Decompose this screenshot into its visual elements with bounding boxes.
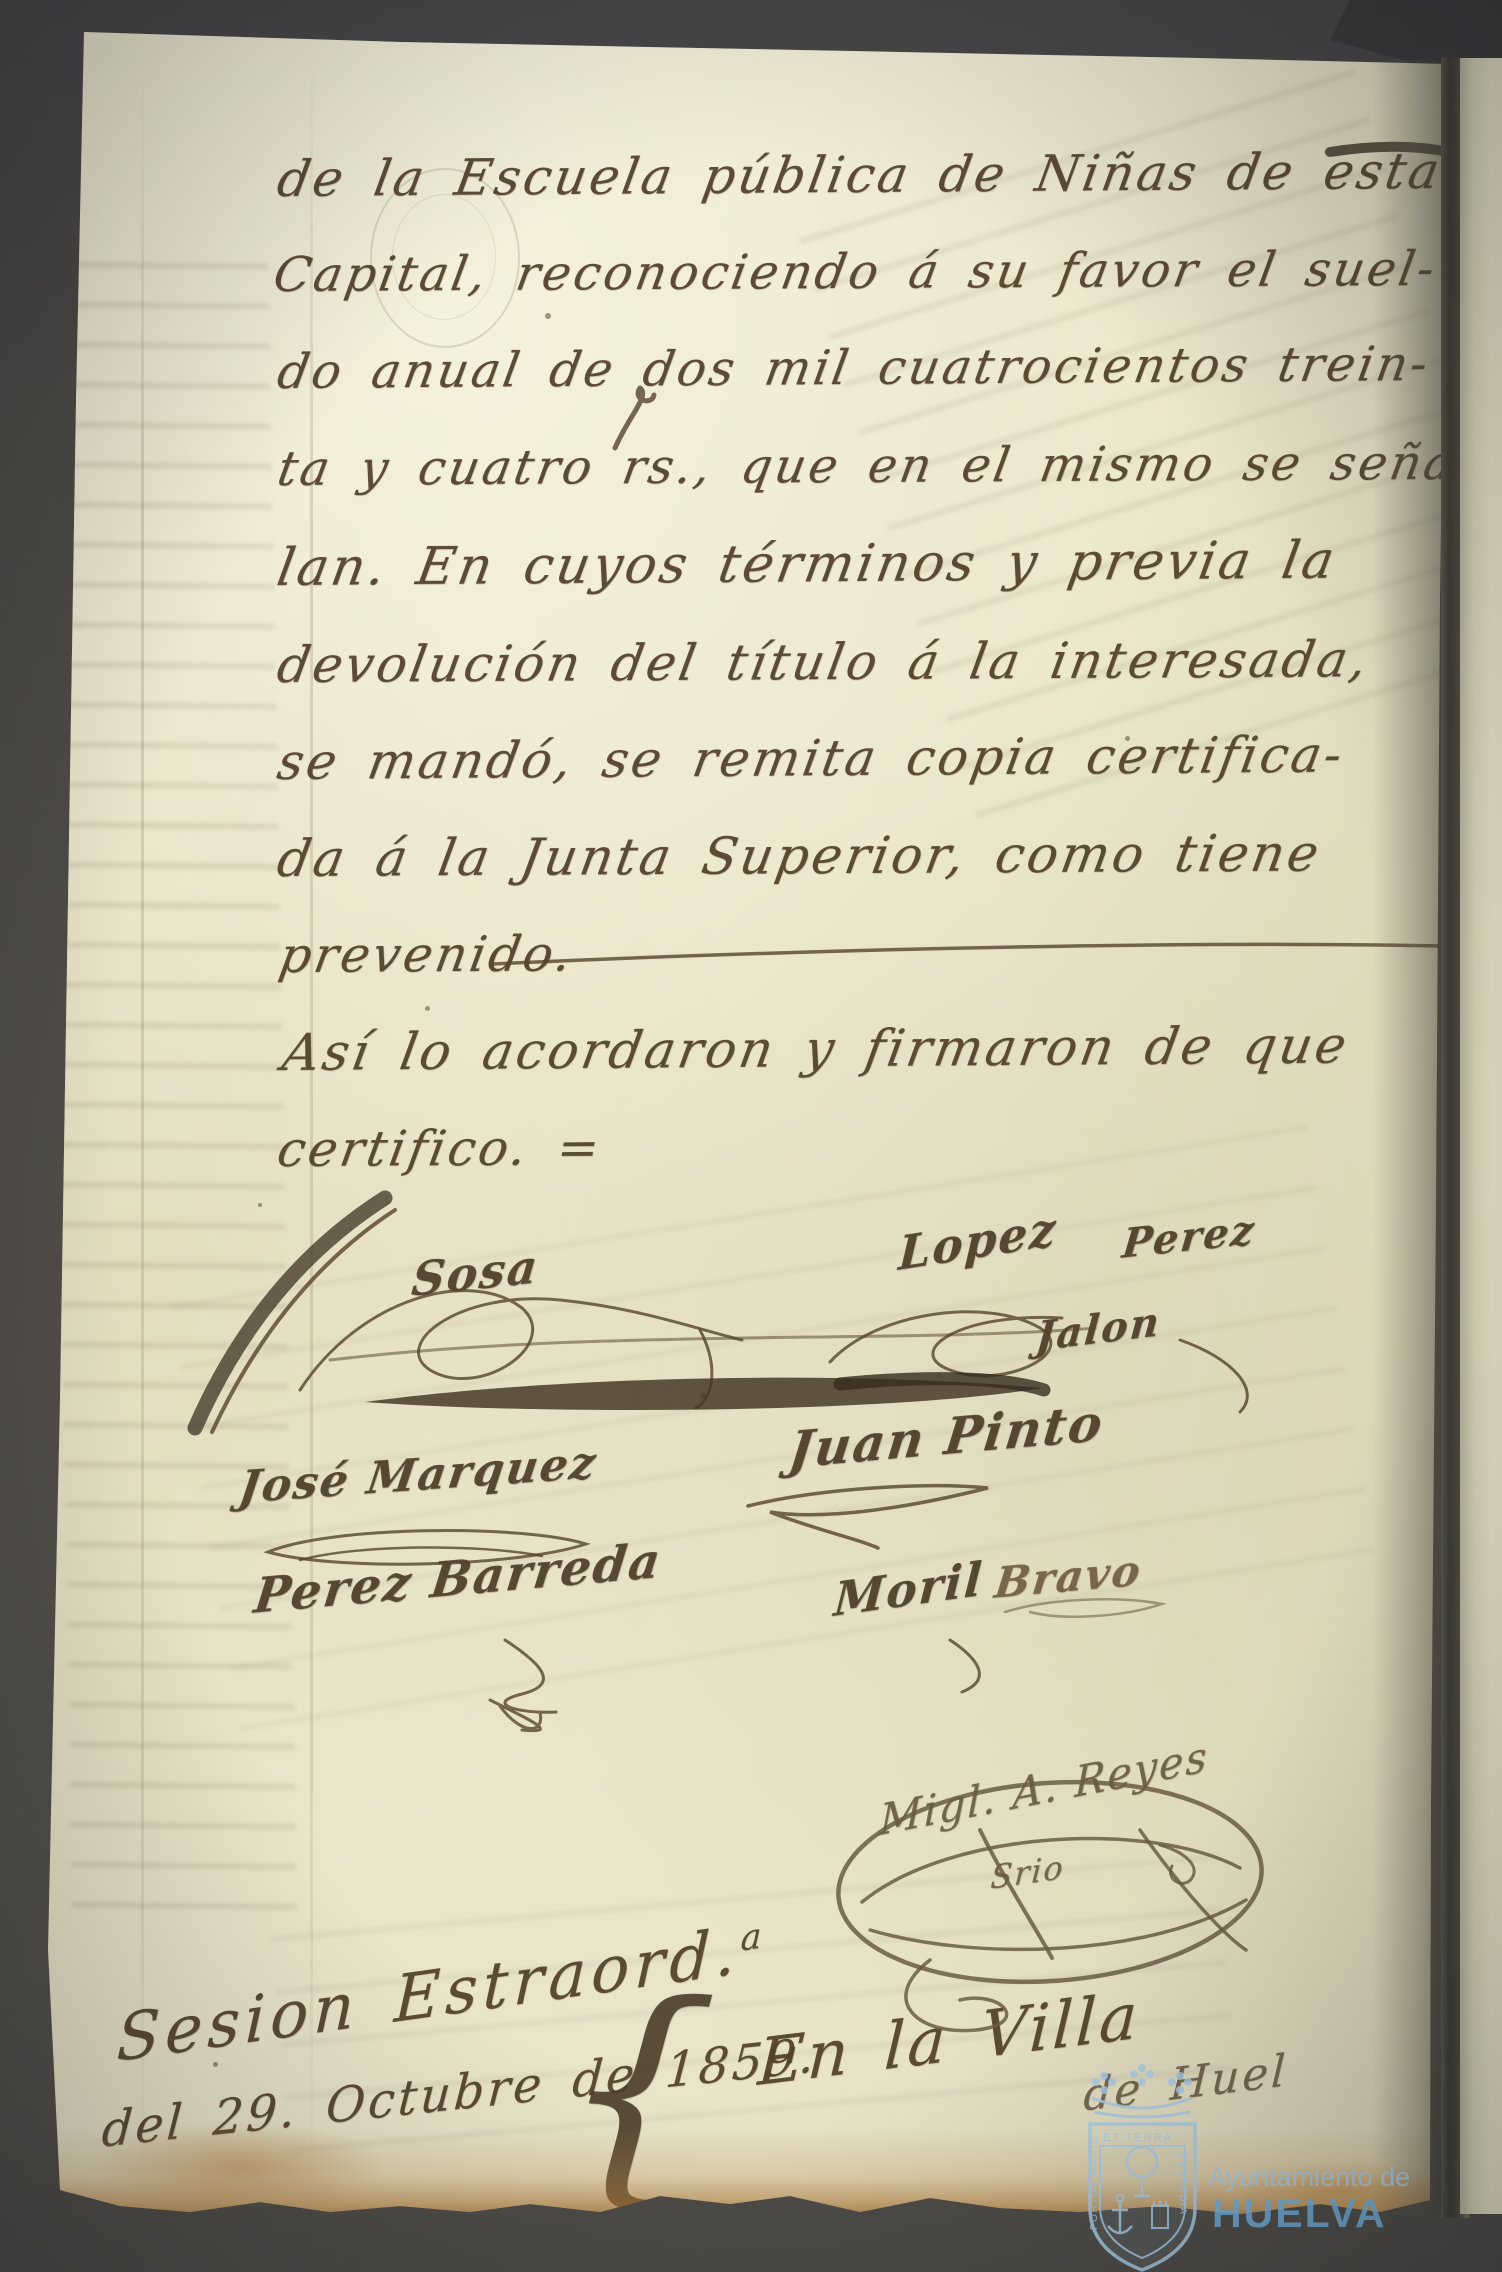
bleed-through-text (43, 258, 297, 1942)
watermark-city-name: HUELVA (1212, 2190, 1386, 2237)
signature-bravo: Bravo (992, 1545, 1145, 1608)
signature-jose-marquez: José Marquez (236, 1437, 601, 1514)
manuscript-page: de la Escuela pública de Niñas de esta C… (0, 0, 1502, 2272)
handwritten-line: Capital, reconociendo á su favor el suel… (269, 241, 1441, 303)
signature-juan-pinto: Juan Pinto (786, 1392, 1108, 1479)
secretary-title: Srio (989, 1848, 1066, 1897)
signature-sosa: Sosa (409, 1239, 542, 1307)
handwritten-line: lan. En cuyos términos y previa la (273, 531, 1342, 598)
watermark-org-name: Ayuntamiento de (1208, 2162, 1410, 2193)
signature-jalon: Jalon (1034, 1298, 1163, 1361)
foxing-speck (425, 1006, 430, 1011)
handwritten-line: do anual de dos mil cuatrocientos trein- (274, 336, 1435, 400)
handwritten-line: devolución del título á la interesada, (273, 630, 1374, 694)
foxing-speck (700, 1393, 706, 1399)
bleed-through-text (166, 1093, 1383, 1786)
handwritten-line: prevenido. (275, 925, 578, 984)
signature-perez-barreda: Perez Barreda (251, 1532, 665, 1624)
burn-spot (90, 2120, 390, 2215)
adjacent-page-edge (1460, 58, 1502, 2214)
handwritten-line: de la Escuela pública de Niñas de esta (273, 142, 1446, 208)
handwritten-line: da á la Junta Superior, como tiene (273, 825, 1326, 889)
foxing-speck (258, 1203, 262, 1207)
signature-lopez: Lopez (897, 1201, 1058, 1281)
gutter-shadow (1372, 60, 1448, 2215)
handwritten-line: se mandó, se remita copia certifica- (273, 726, 1349, 791)
handwritten-line: ta y cuatro rs., que en el mismo se seña… (273, 435, 1480, 497)
handwritten-line: Así lo acordaron y firmaron de que (278, 1017, 1353, 1083)
signature-perez: Perez (1120, 1206, 1258, 1268)
archival-scan: de la Escuela pública de Niñas de esta C… (0, 0, 1502, 2272)
secretary-signature: Migl. A. Reyes (879, 1731, 1209, 1845)
handwritten-line: certifico. = (273, 1119, 606, 1178)
fold-crease (141, 60, 144, 2190)
session-title-sup: a (740, 1914, 767, 1959)
foxing-speck (545, 313, 551, 319)
signature-moril: Moril (832, 1551, 985, 1627)
